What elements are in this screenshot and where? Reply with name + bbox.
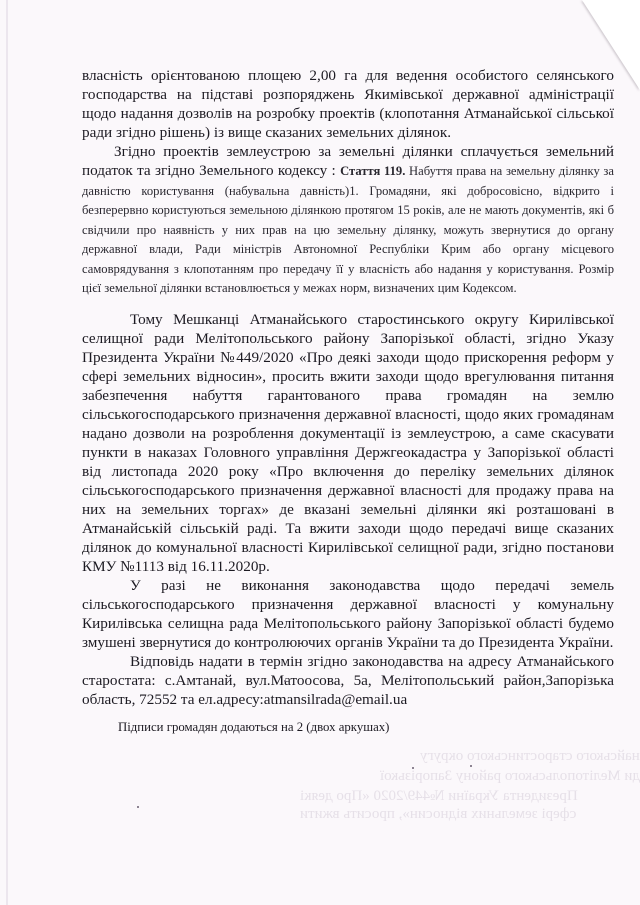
page-edge [6, 0, 8, 905]
paragraph-warning: У разі не виконання законодавства щодо п… [82, 576, 614, 652]
signatures-note: Підписи громадян додаються на 2 (двох ар… [118, 719, 389, 735]
article-119-label: Стаття 119. [340, 164, 405, 178]
bleed-through-line: ради Мелітопольського району Запорізької [380, 768, 640, 785]
scan-speck [137, 806, 139, 808]
scan-speck [470, 765, 472, 767]
paragraph-land-code: Згідно проектів землеустрою за земельні … [82, 142, 614, 298]
bleed-through-line: Президента України №449/2020 «Про деякі [300, 788, 578, 805]
article-119-text: Набуття права на земельну ділянку за дав… [82, 164, 614, 295]
scan-speck [284, 680, 286, 682]
scan-speck [412, 767, 414, 769]
paragraph-land-ownership: власність орієнтованою площею 2,00 га дл… [82, 66, 614, 142]
spacer [82, 298, 614, 310]
letter-body: власність орієнтованою площею 2,00 га дл… [82, 66, 614, 709]
bleed-through-line: Мешканці Атманайського старостинського о… [420, 748, 640, 765]
paragraph-reply-address: Відповідь надати в термін згідно законод… [82, 652, 614, 709]
paragraph-request: Тому Мешканці Атманайського старостинськ… [82, 310, 614, 576]
bleed-through-line: сфері земельних відносин», просить вжити [300, 806, 576, 823]
